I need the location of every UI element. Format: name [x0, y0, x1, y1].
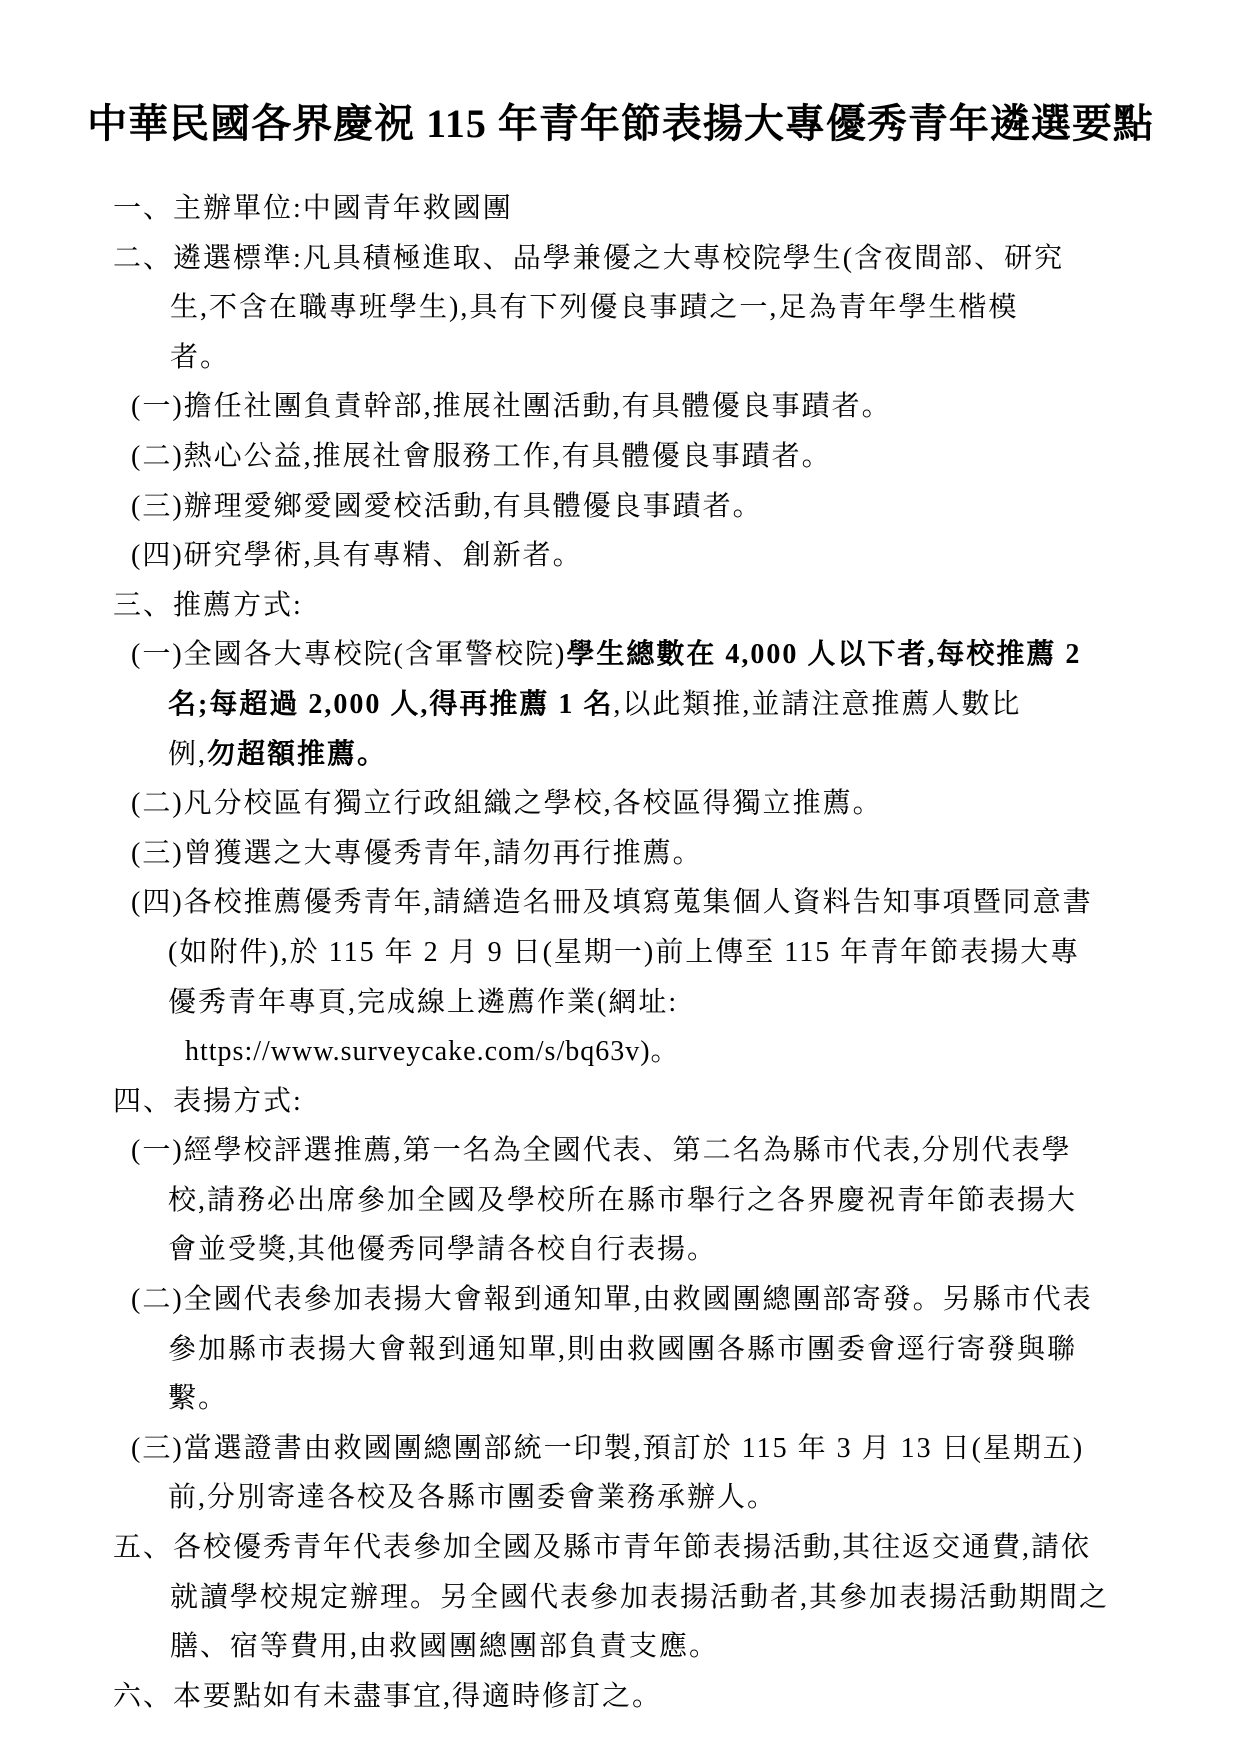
text-line: 名;每超過 2,000 人,得再推薦 1 名,以此類推,並請注意推薦人數比: [168, 680, 1151, 730]
text-segment: 參加縣市表揚大會報到通知單,則由救國團各縣市團委會逕行寄發與聯: [168, 1334, 1077, 1365]
text-line: (一)經學校評選推薦,第一名為全國代表、第二名為縣市代表,分別代表學: [131, 1126, 1151, 1176]
text-line: 生,不含在職專班學生),具有下列優良事蹟之一,足為青年學生楷模: [170, 283, 1151, 333]
text-line: 就讀學校規定辦理。另全國代表參加表揚活動者,其參加表揚活動期間之: [170, 1573, 1151, 1623]
text-segment: 五、各校優秀青年代表參加全國及縣市青年節表揚活動,其往返交通費,請依: [113, 1532, 1091, 1563]
text-segment: 繫。: [168, 1383, 228, 1414]
text-line: 校,請務必出席參加全國及學校所在縣市舉行之各界慶祝青年節表揚大: [168, 1176, 1151, 1226]
text-segment: https://www.surveycake.com/s/bq63v)。: [185, 1036, 680, 1067]
text-line: (二)凡分校區有獨立行政組織之學校,各校區得獨立推薦。: [131, 779, 1151, 829]
text-segment: (二)全國代表參加表揚大會報到通知單,由救國團總團部寄發。另縣市代表: [131, 1284, 1093, 1315]
text-segment: 四、表揚方式:: [113, 1086, 303, 1117]
document-title: 中華民國各界慶祝 115 年青年節表揚大專優秀青年遴選要點: [0, 0, 1241, 148]
text-line: (三)當選證書由救國團總團部統一印製,預訂於 115 年 3 月 13 日(星期…: [131, 1424, 1151, 1474]
text-segment: (二)凡分校區有獨立行政組織之學校,各校區得獨立推薦。: [131, 788, 883, 819]
text-segment: 二、遴選標準:凡具積極進取、品學兼優之大專校院學生(含夜間部、研究: [113, 243, 1064, 274]
text-segment: 優秀青年專頁,完成線上遴薦作業(網址:: [168, 987, 678, 1018]
text-line: 四、表揚方式:: [113, 1077, 1151, 1127]
text-segment: 前,分別寄達各校及各縣市團委會業務承辦人。: [168, 1482, 777, 1513]
text-line: 者。: [170, 333, 1151, 383]
text-segment: 生,不含在職專班學生),具有下列優良事蹟之一,足為青年學生楷模: [170, 292, 1018, 323]
text-line: (四)各校推薦優秀青年,請繕造名冊及填寫蒐集個人資料告知事項暨同意書: [131, 878, 1151, 928]
text-line: 參加縣市表揚大會報到通知單,則由救國團各縣市團委會逕行寄發與聯: [168, 1325, 1151, 1375]
text-segment: (四)各校推薦優秀青年,請繕造名冊及填寫蒐集個人資料告知事項暨同意書: [131, 887, 1093, 918]
text-segment: 校,請務必出席參加全國及學校所在縣市舉行之各界慶祝青年節表揚大: [168, 1185, 1077, 1216]
text-line: 一、主辦單位:中國青年救國團: [113, 184, 1151, 234]
text-segment: (三)曾獲選之大專優秀青年,請勿再行推薦。: [131, 838, 703, 869]
bold-text-segment: 學生總數在 4,000 人以下者,每校推薦 2: [566, 639, 1081, 670]
text-line: (一)擔任社團負責幹部,推展社團活動,有具體優良事蹟者。: [131, 382, 1151, 432]
text-line: 六、本要點如有未盡事宜,得適時修訂之。: [113, 1672, 1151, 1722]
text-line: 繫。: [168, 1374, 1151, 1424]
text-segment: 會並受獎,其他優秀同學請各校自行表揚。: [168, 1234, 717, 1265]
text-segment: (一)經學校評選推薦,第一名為全國代表、第二名為縣市代表,分別代表學: [131, 1135, 1072, 1166]
text-segment: 膳、宿等費用,由救國團總團部負責支應。: [170, 1631, 719, 1662]
document-body: 一、主辦單位:中國青年救國團二、遴選標準:凡具積極進取、品學兼優之大專校院學生(…: [113, 184, 1151, 1721]
text-line: 二、遴選標準:凡具積極進取、品學兼優之大專校院學生(含夜間部、研究: [113, 234, 1151, 284]
text-line: (二)熱心公益,推展社會服務工作,有具體優良事蹟者。: [131, 432, 1151, 482]
text-line: 例,勿超額推薦。: [168, 730, 1151, 780]
text-line: 五、各校優秀青年代表參加全國及縣市青年節表揚活動,其往返交通費,請依: [113, 1523, 1151, 1573]
text-segment: ,以此類推,並請注意推薦人數比: [613, 689, 1021, 720]
text-segment: (三)辦理愛鄉愛國愛校活動,有具體優良事蹟者。: [131, 491, 763, 522]
text-line: 優秀青年專頁,完成線上遴薦作業(網址:: [168, 978, 1151, 1028]
document-page: 中華民國各界慶祝 115 年青年節表揚大專優秀青年遴選要點 一、主辦單位:中國青…: [0, 0, 1241, 1755]
text-line: (三)辦理愛鄉愛國愛校活動,有具體優良事蹟者。: [131, 482, 1151, 532]
text-segment: (四)研究學術,具有專精、創新者。: [131, 540, 583, 571]
text-line: 前,分別寄達各校及各縣市團委會業務承辦人。: [168, 1473, 1151, 1523]
text-segment: (一)擔任社團負責幹部,推展社團活動,有具體優良事蹟者。: [131, 391, 892, 422]
text-line: (如附件),於 115 年 2 月 9 日(星期一)前上傳至 115 年青年節表…: [168, 928, 1151, 978]
text-segment: (三)當選證書由救國團總團部統一印製,預訂於 115 年 3 月 13 日(星期…: [131, 1433, 1084, 1464]
text-line: 會並受獎,其他優秀同學請各校自行表揚。: [168, 1225, 1151, 1275]
text-line: 膳、宿等費用,由救國團總團部負責支應。: [170, 1622, 1151, 1672]
text-line: (二)全國代表參加表揚大會報到通知單,由救國團總團部寄發。另縣市代表: [131, 1275, 1151, 1325]
text-segment: 例,: [168, 739, 207, 770]
text-segment: (一)全國各大專校院(含軍警校院): [131, 639, 566, 670]
text-segment: 六、本要點如有未盡事宜,得適時修訂之。: [113, 1681, 662, 1712]
url-text-line: https://www.surveycake.com/s/bq63v)。: [185, 1027, 1151, 1077]
text-line: (四)研究學術,具有專精、創新者。: [131, 531, 1151, 581]
bold-text-segment: 勿超額推薦。: [207, 739, 387, 770]
text-segment: 者。: [170, 342, 230, 373]
text-segment: (如附件),於 115 年 2 月 9 日(星期一)前上傳至 115 年青年節表…: [168, 937, 1080, 968]
text-segment: (二)熱心公益,推展社會服務工作,有具體優良事蹟者。: [131, 441, 832, 472]
bold-text-segment: 名;每超過 2,000 人,得再推薦 1 名: [168, 689, 613, 720]
text-segment: 就讀學校規定辦理。另全國代表參加表揚活動者,其參加表揚活動期間之: [170, 1582, 1109, 1613]
text-line: (三)曾獲選之大專優秀青年,請勿再行推薦。: [131, 829, 1151, 879]
text-line: (一)全國各大專校院(含軍警校院)學生總數在 4,000 人以下者,每校推薦 2: [131, 630, 1151, 680]
text-line: 三、推薦方式:: [113, 581, 1151, 631]
text-segment: 三、推薦方式:: [113, 590, 303, 621]
text-segment: 一、主辦單位:中國青年救國團: [113, 193, 513, 224]
